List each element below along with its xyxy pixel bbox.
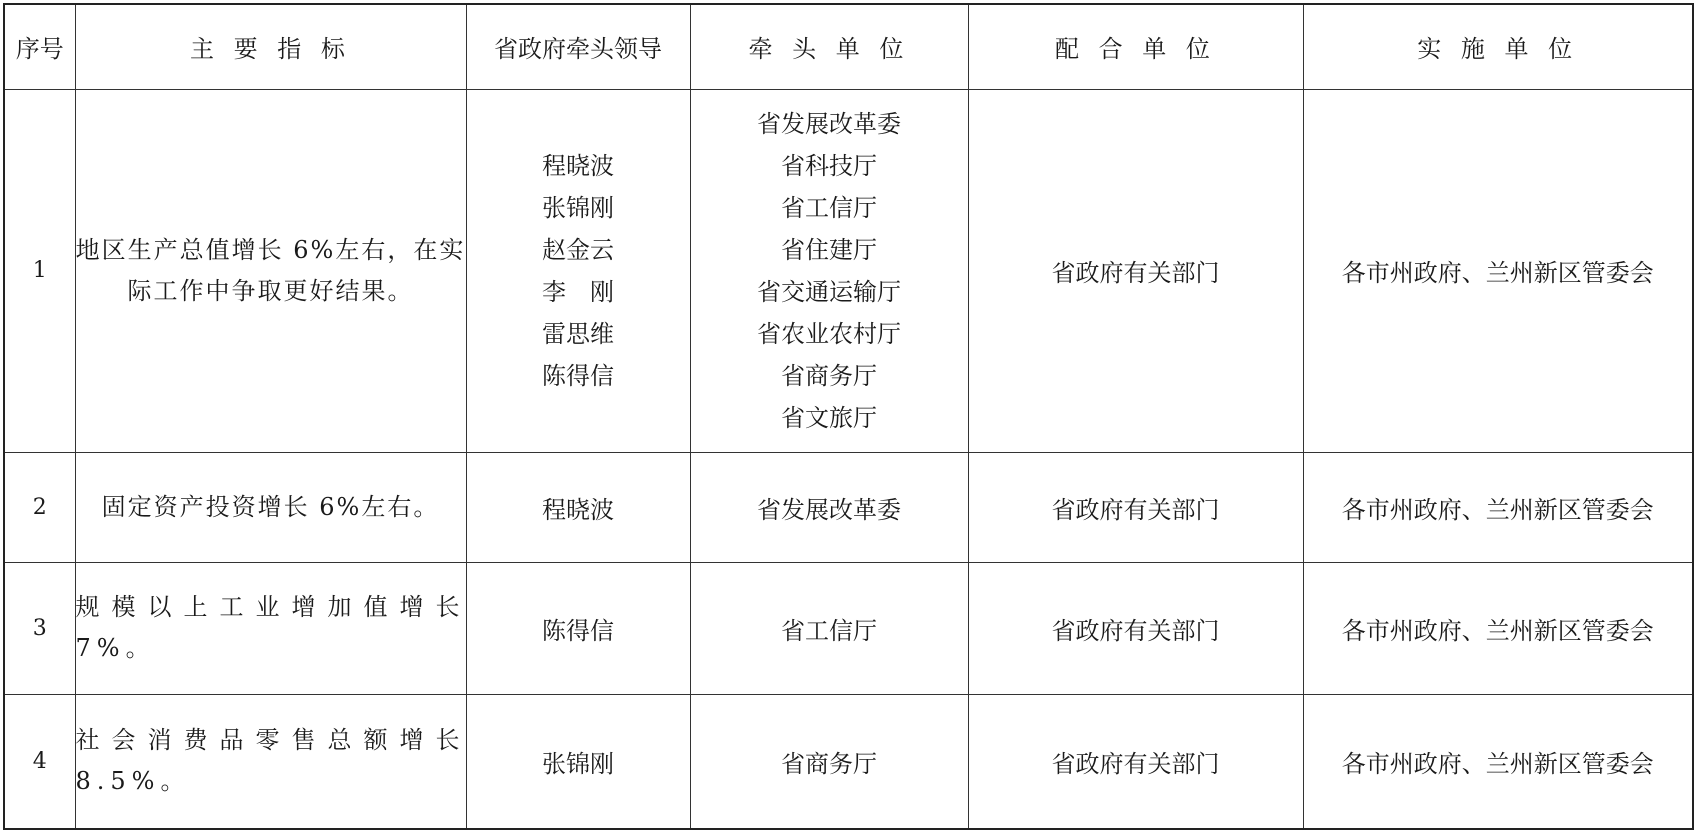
row-leaders: 张锦刚 <box>466 694 690 829</box>
lead-unit: 省科技厅 <box>757 145 901 187</box>
leader-name: 程晓波 <box>542 145 614 187</box>
lead-unit: 省农业农村厅 <box>757 313 901 355</box>
row-leaders: 陈得信 <box>466 562 690 694</box>
header-coop-unit: 配 合 单 位 <box>968 4 1303 89</box>
header-leader: 省政府牵头领导 <box>466 4 690 89</box>
header-seq: 序号 <box>4 4 75 89</box>
row-coop-unit: 省政府有关部门 <box>968 694 1303 829</box>
row-seq: 3 <box>4 562 75 694</box>
leader-name: 陈得信 <box>542 355 614 397</box>
indicator-table-container: 序号 主 要 指 标 省政府牵头领导 牵 头 单 位 配 合 单 位 实 施 单… <box>3 3 1692 829</box>
row-indicator: 地区生产总值增长 6%左右，在实际工作中争取更好结果。 <box>75 89 466 452</box>
lead-unit: 省工信厅 <box>757 187 901 229</box>
row-coop-unit: 省政府有关部门 <box>968 89 1303 452</box>
lead-unit: 省发展改革委 <box>757 103 901 145</box>
lead-unit: 省住建厅 <box>757 229 901 271</box>
table-row: 3 规模以上工业增加值增长 7%。 陈得信 省工信厅 省政府有关部门 各市州政府… <box>4 562 1693 694</box>
row-leaders: 程晓波 <box>466 452 690 562</box>
row-lead-units: 省发展改革委 省科技厅 省工信厅 省住建厅 省交通运输厅 省农业农村厅 省商务厅… <box>690 89 968 452</box>
lead-unit: 省交通运输厅 <box>757 271 901 313</box>
row-impl-unit: 各市州政府、兰州新区管委会 <box>1303 452 1693 562</box>
lead-unit: 省商务厅 <box>757 355 901 397</box>
table-row: 2 固定资产投资增长 6%左右。 程晓波 省发展改革委 省政府有关部门 各市州政… <box>4 452 1693 562</box>
leader-name: 李 刚 <box>542 271 614 313</box>
row-leaders: 程晓波 张锦刚 赵金云 李 刚 雷思维 陈得信 <box>466 89 690 452</box>
row-seq: 1 <box>4 89 75 452</box>
leader-name: 张锦刚 <box>542 187 614 229</box>
row-impl-unit: 各市州政府、兰州新区管委会 <box>1303 562 1693 694</box>
lead-unit-list: 省发展改革委 省科技厅 省工信厅 省住建厅 省交通运输厅 省农业农村厅 省商务厅… <box>757 103 901 439</box>
row-seq: 2 <box>4 452 75 562</box>
indicator-table: 序号 主 要 指 标 省政府牵头领导 牵 头 单 位 配 合 单 位 实 施 单… <box>3 3 1694 830</box>
table-row: 4 社会消费品零售总额增长 8.5%。 张锦刚 省商务厅 省政府有关部门 各市州… <box>4 694 1693 829</box>
leader-list: 程晓波 张锦刚 赵金云 李 刚 雷思维 陈得信 <box>542 145 614 397</box>
row-coop-unit: 省政府有关部门 <box>968 452 1303 562</box>
row-impl-unit: 各市州政府、兰州新区管委会 <box>1303 89 1693 452</box>
row-coop-unit: 省政府有关部门 <box>968 562 1303 694</box>
leader-name: 赵金云 <box>542 229 614 271</box>
header-indicator: 主 要 指 标 <box>75 4 466 89</box>
lead-unit: 省文旅厅 <box>757 397 901 439</box>
row-lead-units: 省商务厅 <box>690 694 968 829</box>
header-row: 序号 主 要 指 标 省政府牵头领导 牵 头 单 位 配 合 单 位 实 施 单… <box>4 4 1693 89</box>
row-lead-units: 省发展改革委 <box>690 452 968 562</box>
row-seq: 4 <box>4 694 75 829</box>
leader-name: 雷思维 <box>542 313 614 355</box>
table-row: 1 地区生产总值增长 6%左右，在实际工作中争取更好结果。 程晓波 张锦刚 赵金… <box>4 89 1693 452</box>
header-lead-unit: 牵 头 单 位 <box>690 4 968 89</box>
row-lead-units: 省工信厅 <box>690 562 968 694</box>
row-impl-unit: 各市州政府、兰州新区管委会 <box>1303 694 1693 829</box>
row-indicator: 社会消费品零售总额增长 8.5%。 <box>75 694 466 829</box>
row-indicator: 规模以上工业增加值增长 7%。 <box>75 562 466 694</box>
header-impl-unit: 实 施 单 位 <box>1303 4 1693 89</box>
row-indicator: 固定资产投资增长 6%左右。 <box>75 452 466 562</box>
